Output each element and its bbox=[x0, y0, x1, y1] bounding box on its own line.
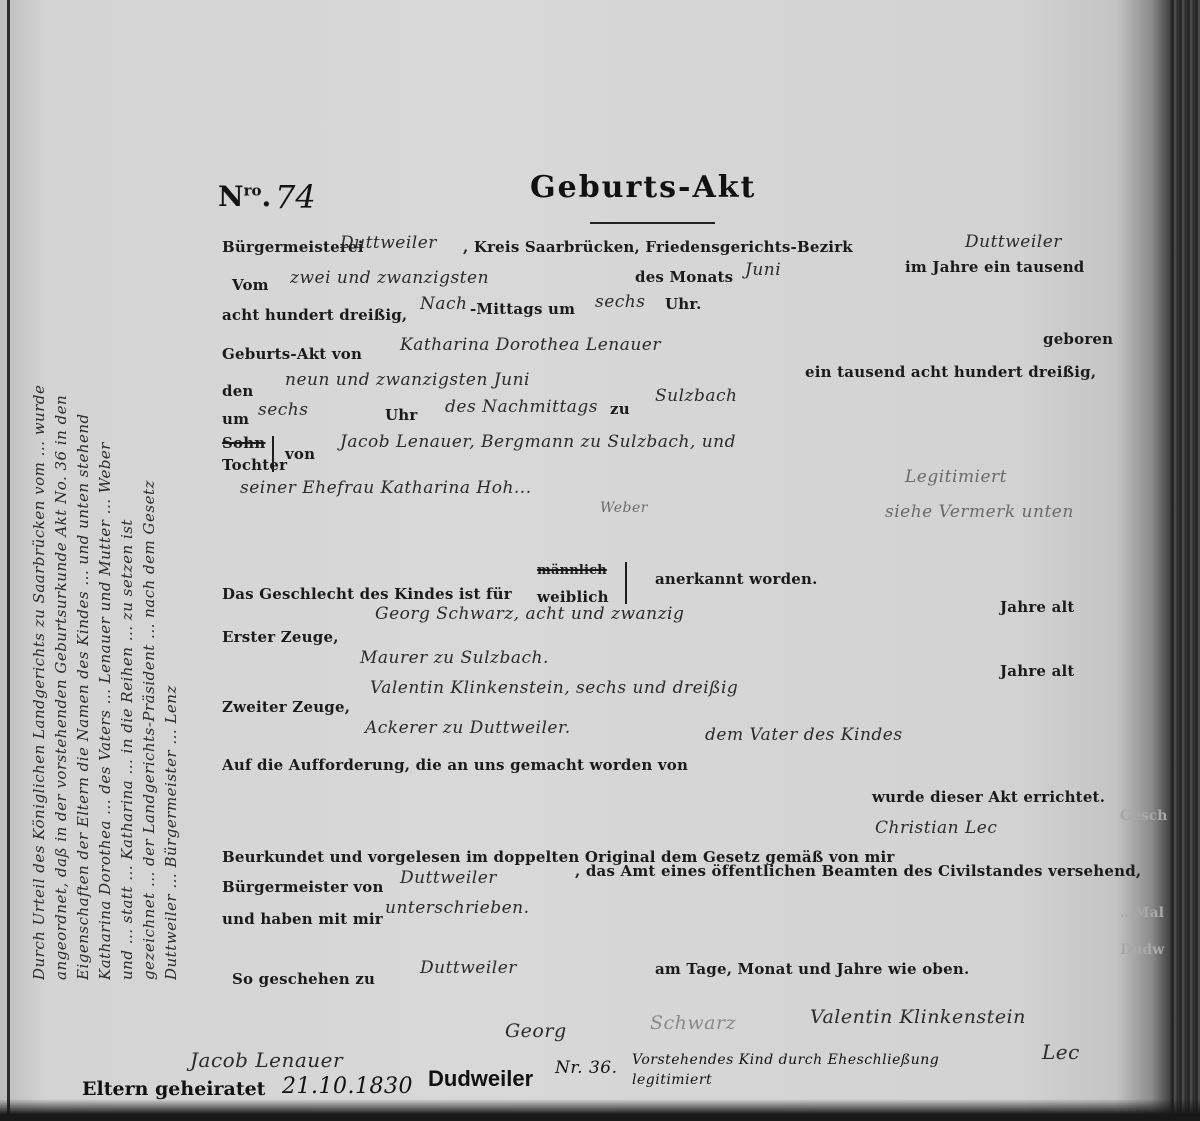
zeuge2-value: Valentin Klinkenstein, sechs und dreißig bbox=[370, 678, 738, 698]
jahre-alt-2: Jahre alt bbox=[1000, 662, 1075, 680]
signature-father: Jacob Lenauer bbox=[190, 1048, 343, 1072]
signature-official: Lec bbox=[1042, 1040, 1080, 1064]
margin-line: Durch Urteil des Königlichen Landgericht… bbox=[30, 40, 48, 980]
haben-mit-mir-label: und haben mit mir bbox=[222, 910, 383, 928]
errichtet-text: wurde dieser Akt errichtet. bbox=[872, 788, 1105, 806]
unterschrieben-value: unterschrieben. bbox=[385, 898, 530, 918]
margin-line: Eigenschaften der Eltern die Namen des K… bbox=[74, 40, 92, 980]
birth-day-value: neun und zwanzigsten Juni bbox=[285, 370, 530, 390]
stamp-place: Dudweiler bbox=[428, 1066, 533, 1092]
side-note-legitimiert: Legitimiert bbox=[905, 467, 1007, 487]
bracket bbox=[625, 562, 627, 604]
bleed-through-text: Gesch bbox=[1120, 808, 1167, 824]
anerkannt-text: anerkannt worden. bbox=[655, 570, 818, 588]
am-tage-text: am Tage, Monat und Jahre wie oben. bbox=[655, 960, 969, 978]
scanned-page: Gesch …Mal Dudw Durch Urteil des Königli… bbox=[0, 0, 1200, 1121]
tochter-label: Tochter bbox=[222, 456, 287, 474]
signature-witness1-surname: Schwarz bbox=[650, 1012, 736, 1034]
vom-value: zwei und zwanzigsten bbox=[290, 268, 489, 288]
legitimation-note-2: legitimiert bbox=[632, 1072, 712, 1088]
birth-hour-value: sechs bbox=[258, 400, 308, 420]
margin-line: Duttweiler ... Bürgermeister ... Lenz bbox=[162, 40, 180, 980]
stamp-label: Eltern geheiratet bbox=[82, 1078, 265, 1100]
den-label: den bbox=[222, 382, 254, 400]
year-text: ein tausend acht hundert dreißig, bbox=[805, 363, 1096, 381]
buergermeister-value: Duttweiler bbox=[400, 868, 497, 888]
von-label: von bbox=[285, 445, 315, 463]
book-spine-edge bbox=[1170, 0, 1200, 1121]
bleed-through-text: Dudw bbox=[1120, 942, 1164, 958]
maennlich-option: männlich bbox=[537, 563, 607, 578]
zu-label: zu bbox=[610, 400, 630, 418]
margin-line: Katharina Dorothea ... des Vaters ... Le… bbox=[96, 40, 114, 980]
geschehen-zu-label: So geschehen zu bbox=[232, 970, 375, 988]
zeuge2-job: Ackerer zu Duttweiler. bbox=[365, 718, 571, 738]
monat-value: Juni bbox=[745, 260, 781, 280]
buergermeisterei-value: Duttweiler bbox=[340, 233, 437, 253]
jahre-alt-1: Jahre alt bbox=[1000, 598, 1075, 616]
mittags-um-text: -Mittags um bbox=[470, 300, 575, 318]
erster-zeuge-label: Erster Zeuge, bbox=[222, 628, 339, 646]
side-note-vermerk: siehe Vermerk unten bbox=[885, 502, 1074, 522]
kreis-text: , Kreis Saarbrücken, Friedensgerichts-Be… bbox=[463, 238, 853, 256]
bracket bbox=[272, 436, 274, 472]
zweiter-zeuge-label: Zweiter Zeuge, bbox=[222, 698, 350, 716]
child-name: Katharina Dorothea Lenauer bbox=[400, 335, 661, 355]
acht-hundert-text: acht hundert dreißig, bbox=[222, 306, 407, 324]
margin-line: und ... statt ... Katharina ... in die R… bbox=[118, 40, 136, 980]
geboren-label: geboren bbox=[1043, 330, 1113, 348]
title-rule bbox=[590, 222, 715, 224]
stamp-date: 21.10.1830 bbox=[282, 1074, 413, 1099]
tageszeit-value: Nach bbox=[420, 294, 467, 314]
mother-annotation: Weber bbox=[600, 500, 648, 516]
uhrzeit-value: sechs bbox=[595, 292, 645, 312]
father-value: Jacob Lenauer, Bergmann zu Sulzbach, und bbox=[340, 432, 736, 452]
signature-witness2: Valentin Klinkenstein bbox=[810, 1006, 1026, 1028]
legitimation-note-1: Vorstehendes Kind durch Eheschließung bbox=[632, 1052, 939, 1068]
aufforderung-text: Auf die Aufforderung, die an uns gemacht… bbox=[222, 756, 688, 774]
birth-place-value: Sulzbach bbox=[655, 386, 737, 406]
geschehen-value: Duttweiler bbox=[420, 958, 517, 978]
record-number-label: Nro. bbox=[218, 180, 271, 213]
vom-label: Vom bbox=[232, 276, 269, 294]
bleed-through-text: …Mal bbox=[1120, 905, 1164, 921]
record-number: 74 bbox=[275, 178, 316, 216]
des-monats-label: des Monats bbox=[635, 268, 733, 286]
uhr-label-2: Uhr bbox=[385, 406, 418, 424]
margin-line: angeordnet, daß in der vorstehenden Gebu… bbox=[52, 40, 70, 980]
signature-witness1: Georg bbox=[505, 1020, 567, 1042]
mother-value: seiner Ehefrau Katharina Hoh... bbox=[240, 478, 532, 498]
buergermeister-von-label: Bürgermeister von bbox=[222, 878, 384, 896]
amt-text: , das Amt eines öffentlichen Beamten des… bbox=[575, 862, 1141, 880]
im-jahre-text: im Jahre ein tausend bbox=[905, 258, 1085, 276]
margin-line: gezeichnet ... der Landgerichts-Präsiden… bbox=[140, 40, 158, 980]
binding-line bbox=[7, 0, 10, 1121]
bezirk-value: Duttweiler bbox=[965, 232, 1062, 252]
margin-annotation: Durch Urteil des Königlichen Landgericht… bbox=[30, 40, 200, 980]
zeuge1-value: Georg Schwarz, acht und zwanzig bbox=[375, 604, 684, 624]
document-title: Geburts-Akt bbox=[530, 170, 756, 205]
uhr-label: Uhr. bbox=[665, 295, 702, 313]
official-value: Christian Lec bbox=[875, 818, 997, 838]
geschlecht-text: Das Geschlecht des Kindes ist für bbox=[222, 585, 512, 603]
sohn-label: Sohn bbox=[222, 434, 265, 452]
um-label: um bbox=[222, 410, 249, 428]
geburtsakt-von-label: Geburts-Akt von bbox=[222, 345, 362, 363]
stamp-nr: Nr. 36. bbox=[555, 1058, 617, 1078]
aufforderung-value: dem Vater des Kindes bbox=[705, 725, 903, 745]
zeuge1-job: Maurer zu Sulzbach. bbox=[360, 648, 549, 668]
birth-time-of-day: des Nachmittags bbox=[445, 397, 598, 417]
